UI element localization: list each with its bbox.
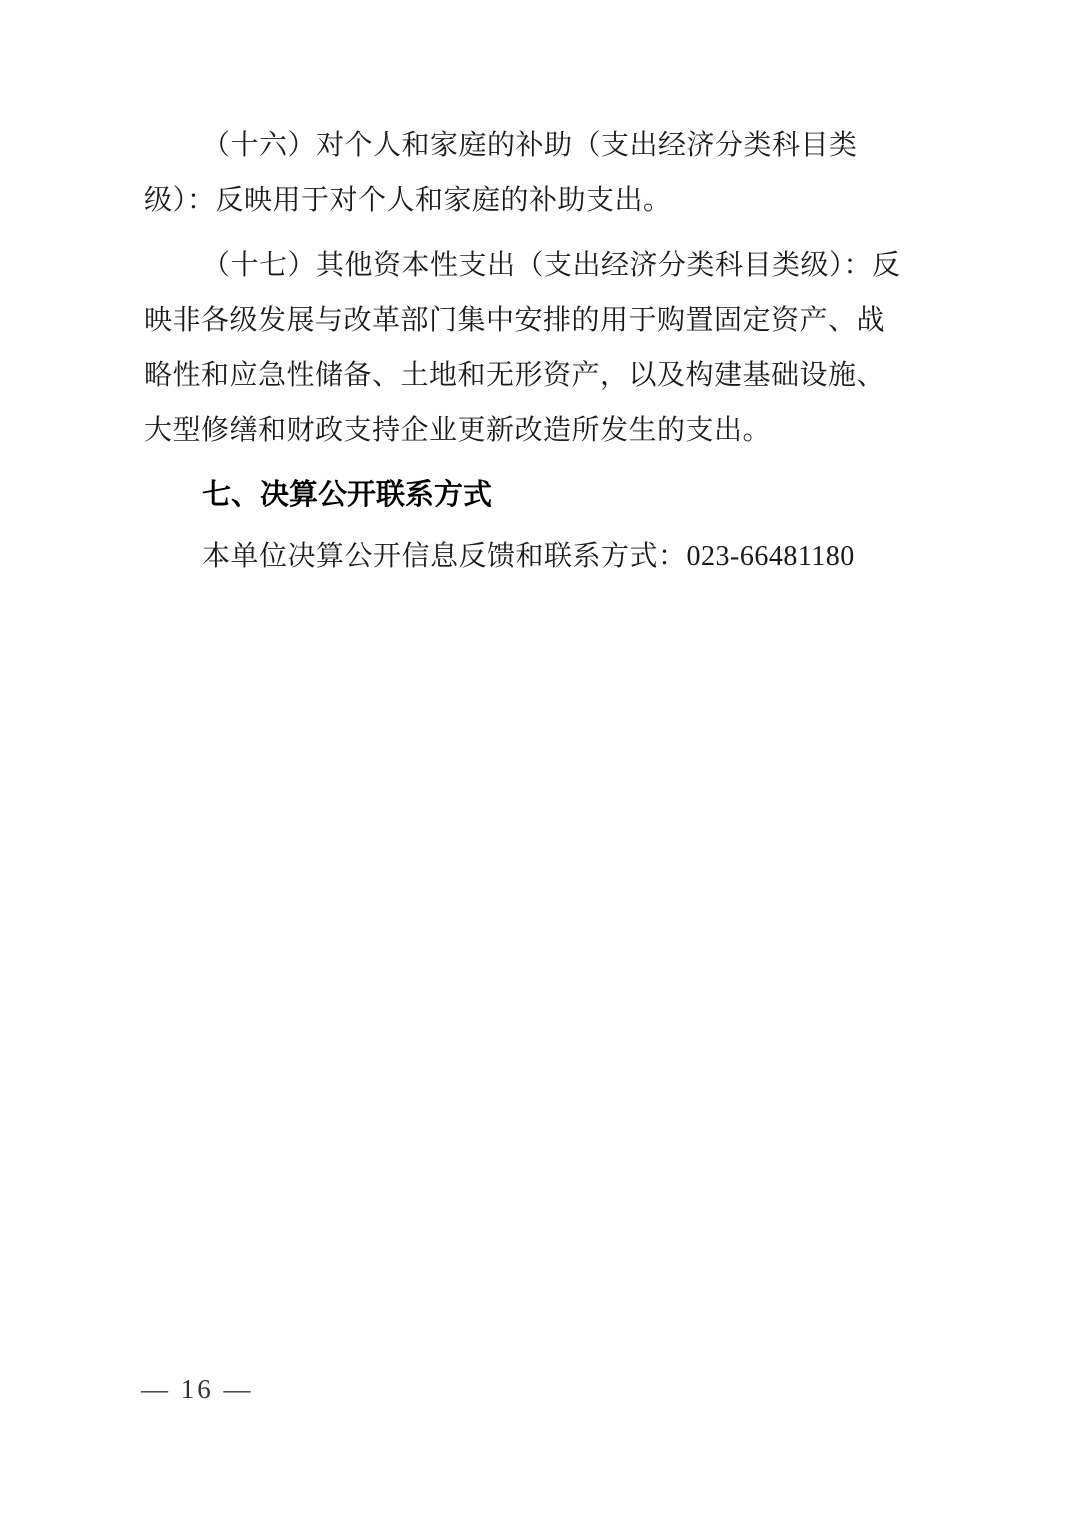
paragraph-line: 级）：反映用于对个人和家庭的补助支出。 [144, 173, 934, 228]
section-heading-contact: 七、决算公开联系方式 [144, 468, 934, 523]
contact-info-line: 本单位决算公开信息反馈和联系方式：023-66481180 [144, 529, 934, 584]
paragraph-line: 映非各级发展与改革部门集中安排的用于购置固定资产、战 [144, 293, 934, 348]
paragraph-item-17: （十七）其他资本性支出（支出经济分类科目类级）：反 映非各级发展与改革部门集中安… [144, 238, 934, 458]
paragraph-line: 大型修缮和财政支持企业更新改造所发生的支出。 [144, 403, 934, 458]
paragraph-line: 略性和应急性储备、土地和无形资产，以及构建基础设施、 [144, 348, 934, 403]
paragraph-line: （十六）对个人和家庭的补助（支出经济分类科目类 [144, 118, 934, 173]
page-number: — 16 — [141, 1374, 254, 1404]
paragraph-contact: 本单位决算公开信息反馈和联系方式：023-66481180 [144, 529, 934, 584]
paragraph-line: （十七）其他资本性支出（支出经济分类科目类级）：反 [144, 238, 934, 293]
document-content: （十六）对个人和家庭的补助（支出经济分类科目类 级）：反映用于对个人和家庭的补助… [144, 118, 934, 594]
document-page: （十六）对个人和家庭的补助（支出经济分类科目类 级）：反映用于对个人和家庭的补助… [0, 0, 1074, 1520]
paragraph-item-16: （十六）对个人和家庭的补助（支出经济分类科目类 级）：反映用于对个人和家庭的补助… [144, 118, 934, 228]
